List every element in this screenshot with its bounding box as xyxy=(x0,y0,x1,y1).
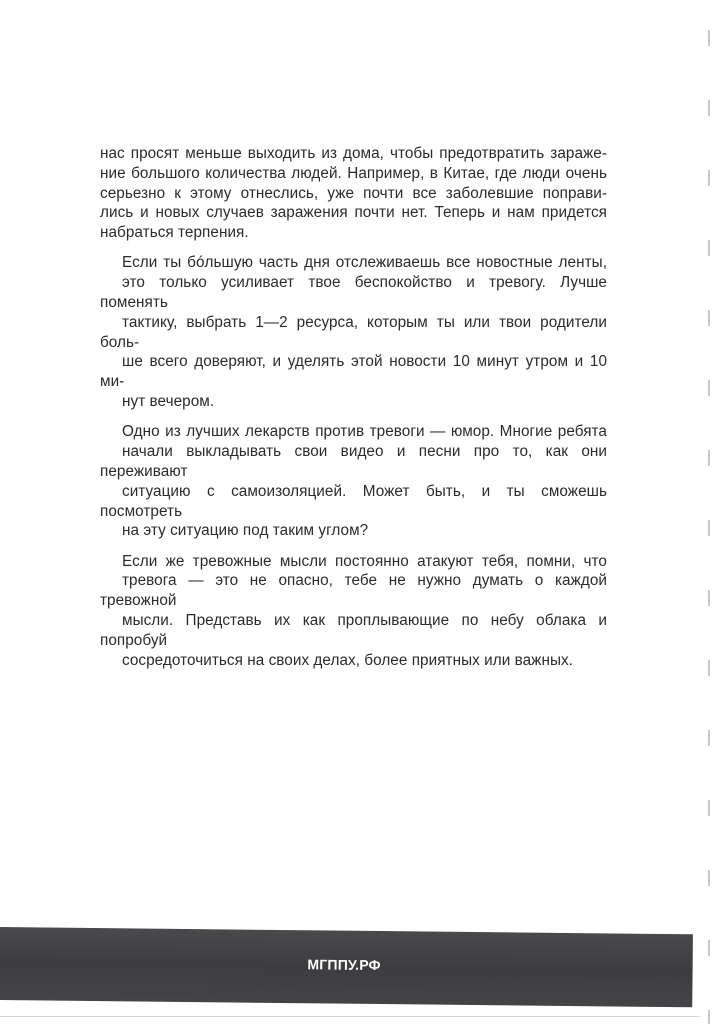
text-line: Если ты бóльшую часть дня отслеживаешь в… xyxy=(100,253,607,273)
paragraph: Если ты бóльшую часть дня отслеживаешь в… xyxy=(100,253,607,411)
text-line: на эту ситуацию под таким углом? xyxy=(100,521,607,541)
text-line: тревога — это не опасно, тебе не нужно д… xyxy=(100,571,607,611)
text-line: лись и новых случаев заражения почти нет… xyxy=(100,203,607,223)
text-line: нут вечером. xyxy=(100,392,607,412)
text-line: Если же тревожные мысли постоянно атакую… xyxy=(100,552,607,572)
text-line: нас просят меньше выходить из дома, чтоб… xyxy=(100,144,607,164)
scan-page-edge xyxy=(708,0,710,1024)
text-line: сосредоточиться на своих делах, более пр… xyxy=(100,651,607,671)
text-line: это только усиливает твое беспокойство и… xyxy=(100,273,607,313)
document-body: нас просят меньше выходить из дома, чтоб… xyxy=(100,144,607,681)
page-bottom-rule xyxy=(0,1016,700,1017)
text-line: Одно из лучших лекарств против тревоги —… xyxy=(100,422,607,442)
text-line: мысли. Представь их как проплывающие по … xyxy=(100,611,607,651)
text-line: ше всего доверяют, и уделять этой новост… xyxy=(100,352,607,392)
footer-site-link[interactable]: МГППУ.РФ xyxy=(0,953,693,976)
paragraph: Одно из лучших лекарств против тревоги —… xyxy=(100,422,607,541)
text-line: ситуацию с самоизоляцией. Может быть, и … xyxy=(100,482,607,522)
paragraph: нас просят меньше выходить из дома, чтоб… xyxy=(100,144,607,243)
text-line: тактику, выбрать 1—2 ресурса, которым ты… xyxy=(100,313,607,353)
text-line: начали выкладывать свои видео и песни пр… xyxy=(100,442,607,482)
text-line: серьезно к этому отнеслись, уже почти вс… xyxy=(100,184,607,204)
footer-bar: МГППУ.РФ xyxy=(0,927,693,1007)
paragraph: Если же тревожные мысли постоянно атакую… xyxy=(100,552,607,671)
text-line: ние большого количества людей. Например,… xyxy=(100,164,607,184)
text-line: набраться терпения. xyxy=(100,223,607,243)
